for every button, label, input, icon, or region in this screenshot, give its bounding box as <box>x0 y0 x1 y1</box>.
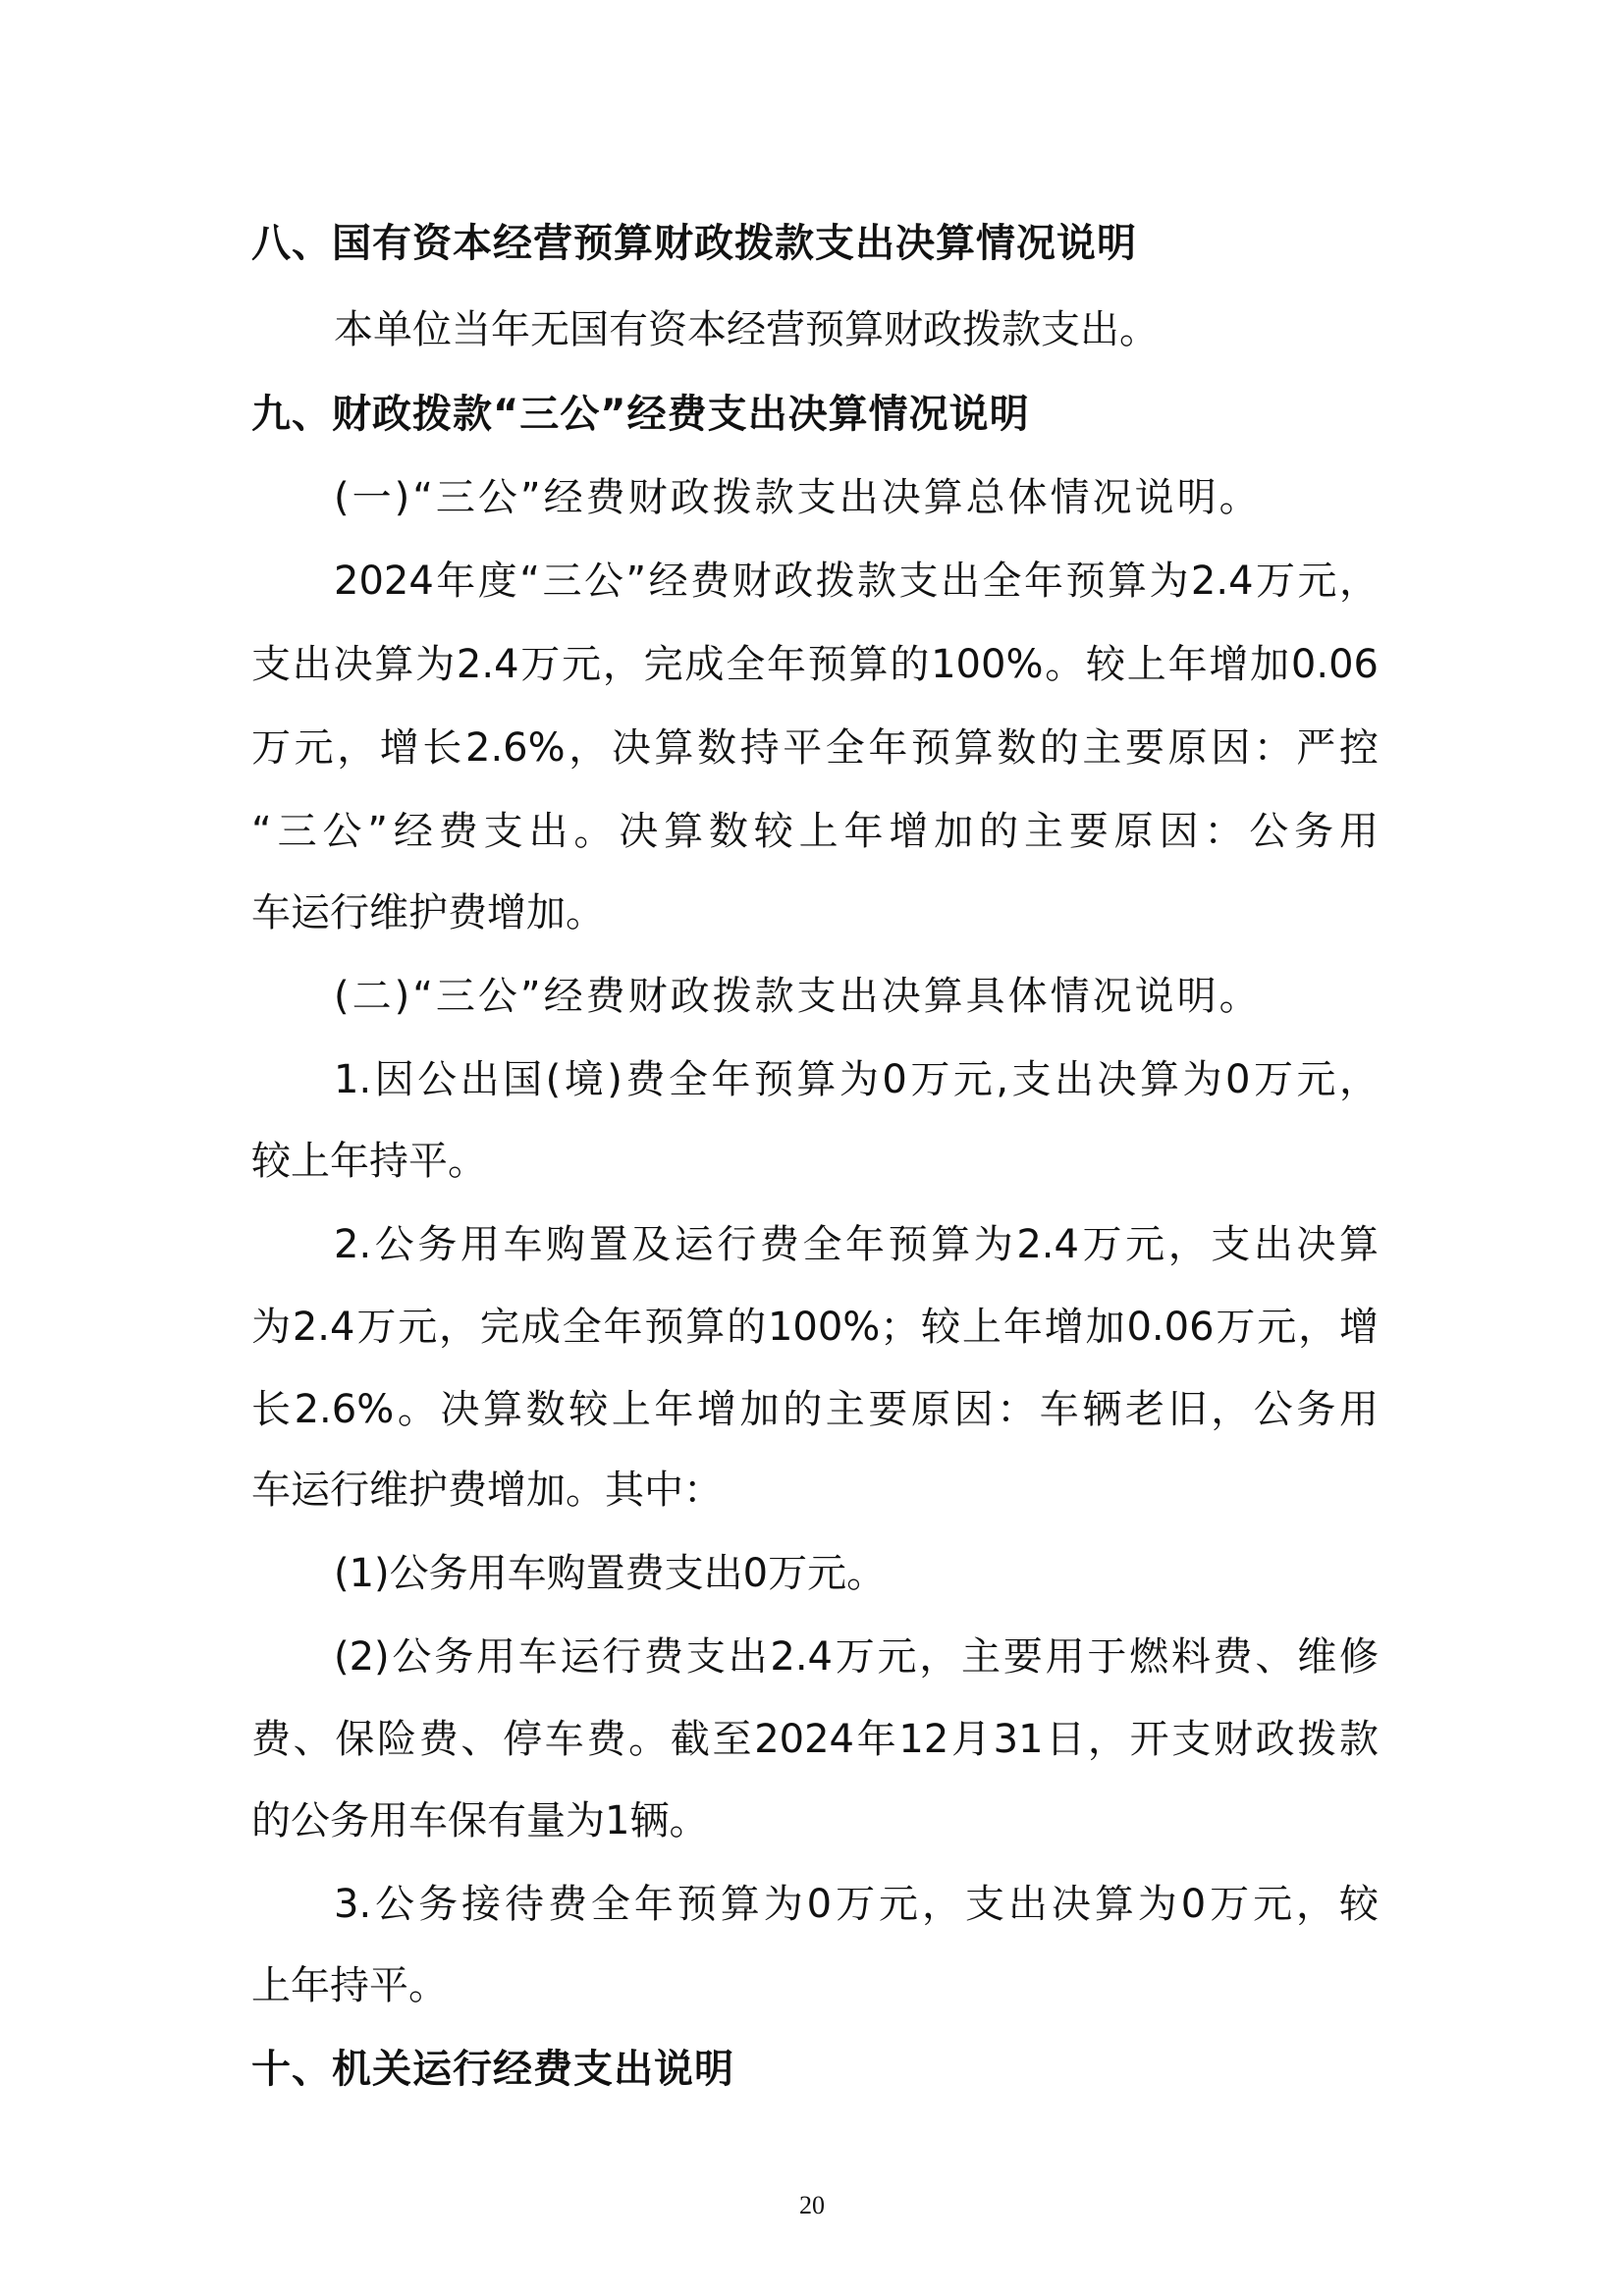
item-3-line: 上年持平。 <box>251 1956 1379 2015</box>
page-number: 20 <box>0 2191 1624 2220</box>
item-2-line: 2.公务用车购置及运行费全年预算为2.4万元，支出决算 <box>334 1215 1379 1274</box>
section-8-heading: 八、国有资本经营预算财政拨款支出决算情况说明 <box>251 214 1379 273</box>
document-page: 八、国有资本经营预算财政拨款支出决算情况说明 本单位当年无国有资本经营预算财政拨… <box>0 0 1624 2296</box>
item-1-line: 1.因公出国(境)费全年预算为0万元,支出决算为0万元， <box>334 1050 1379 1109</box>
item-2-sub-2-line: (2)公务用车运行费支出2.4万元，主要用于燃料费、维修 <box>334 1628 1379 1686</box>
section-8-body: 本单位当年无国有资本经营预算财政拨款支出。 <box>334 300 1379 359</box>
section-9-sub2-title: (二)“三公”经费财政拨款支出决算具体情况说明。 <box>334 967 1379 1026</box>
section-9-heading: 九、财政拨款“三公”经费支出决算情况说明 <box>251 385 1379 444</box>
paragraph-line: 万元，增长2.6%，决算数持平全年预算数的主要原因：严控 <box>251 719 1379 777</box>
item-1-line: 较上年持平。 <box>251 1132 1379 1191</box>
item-2-sub-2-line: 费、保险费、停车费。截至2024年12月31日，开支财政拨款 <box>251 1710 1379 1769</box>
paragraph-line: “三公”经费支出。决算数较上年增加的主要原因：公务用 <box>251 802 1379 861</box>
item-2-sub-2-line: 的公务用车保有量为1辆。 <box>251 1791 1379 1850</box>
paragraph-line: 车运行维护费增加。 <box>251 883 1379 942</box>
section-10-heading: 十、机关运行经费支出说明 <box>251 2040 1379 2099</box>
section-9-sub1-title: (一)“三公”经费财政拨款支出决算总体情况说明。 <box>334 468 1379 527</box>
item-3-line: 3.公务接待费全年预算为0万元，支出决算为0万元，较 <box>334 1875 1379 1934</box>
paragraph-line: 支出决算为2.4万元，完成全年预算的100%。较上年增加0.06 <box>251 635 1379 694</box>
paragraph-line: 2024年度“三公”经费财政拨款支出全年预算为2.4万元， <box>334 552 1379 611</box>
item-2-line: 长2.6%。决算数较上年增加的主要原因：车辆老旧，公务用 <box>251 1380 1379 1439</box>
item-2-line: 为2.4万元，完成全年预算的100%；较上年增加0.06万元，增 <box>251 1298 1379 1357</box>
item-2-line: 车运行维护费增加。其中： <box>251 1461 1379 1520</box>
item-2-sub-1: (1)公务用车购置费支出0万元。 <box>334 1544 1379 1603</box>
